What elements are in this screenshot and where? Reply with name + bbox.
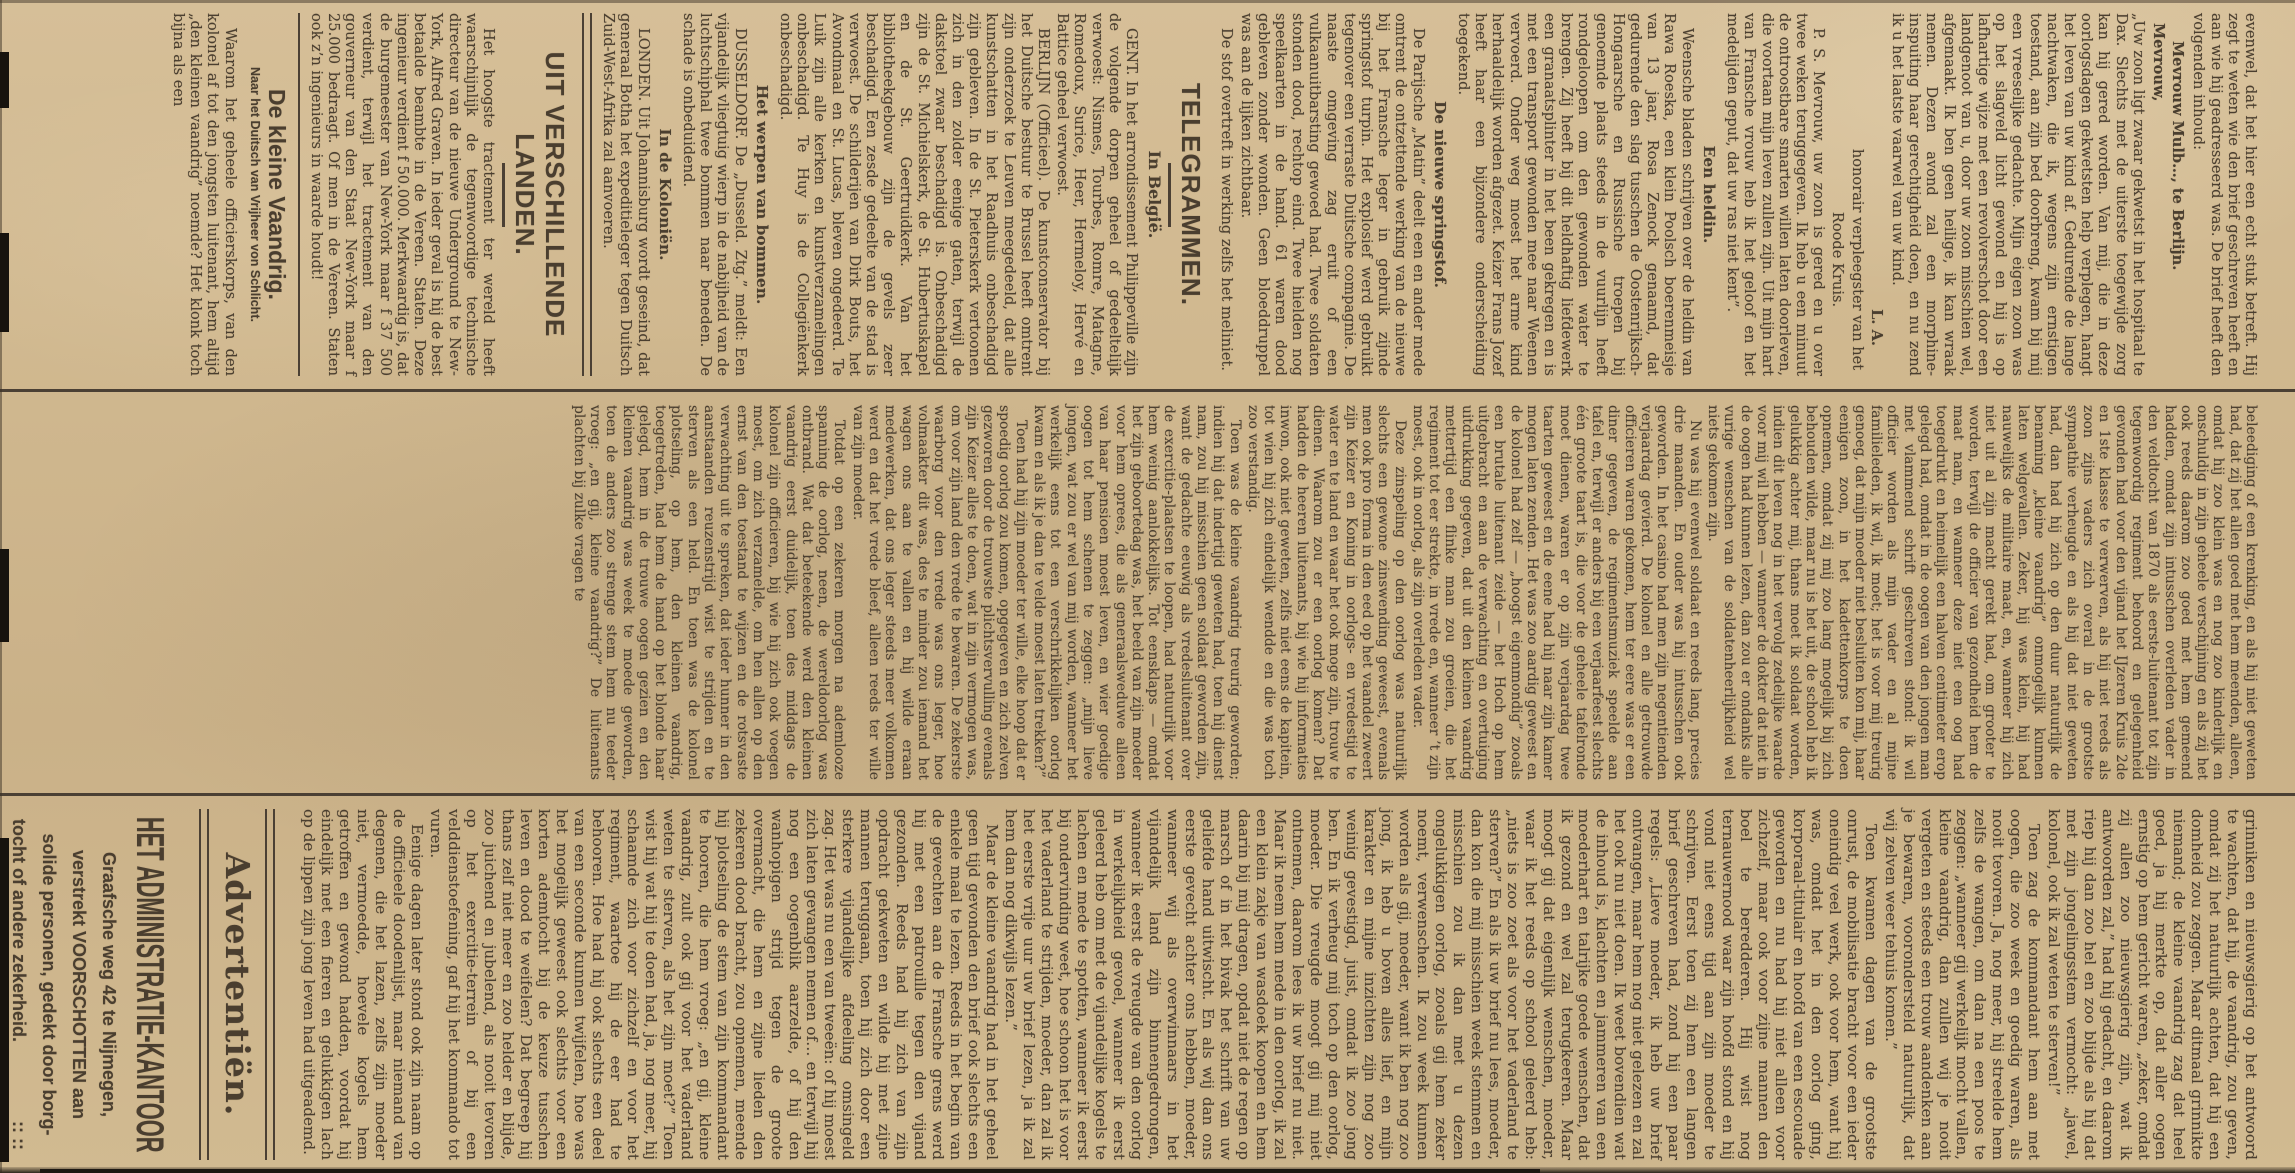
body-paragraph: Maar de kleine vaandrig had in het gehee…	[427, 809, 1000, 1160]
body-paragraph: Waarom het geheele officierskorps, van d…	[170, 13, 239, 376]
scan-edge-mark	[0, 233, 9, 332]
section-headline: TELEGRAMMEN.	[1176, 13, 1206, 376]
body-paragraph: beleediging of een krenking, en als hij …	[1705, 405, 2259, 780]
body-paragraph: Toen was de kleine vaandrig treurig gewo…	[1031, 405, 1243, 780]
ad-line-text: tocht of andere zekerheid.	[7, 819, 31, 1042]
spacer	[183, 809, 191, 1160]
body-paragraph: Toen kwamen dagen van de grootste onrust…	[1002, 809, 1879, 1160]
newspaper-column-1: evenwel, dat het hier een echt stuk betr…	[0, 0, 2295, 389]
item-headline: Het werpen van bommen.	[753, 13, 770, 376]
divider-rule	[298, 13, 300, 376]
scan-edge-mark	[0, 52, 9, 108]
body-paragraph: Het hoogste tractement ter wereld heeft …	[308, 13, 497, 376]
body-paragraph: De stof overtreft in werking zelfs het m…	[1218, 13, 1235, 376]
body-paragraph: Eenige dagen later stond ook zijn naam o…	[299, 809, 424, 1160]
body-paragraph: grinniken en nieuwsgierig op het antwoor…	[2044, 809, 2259, 1160]
letter-address-line: Mevrouw Mulb…, te Berlijn.	[2169, 13, 2186, 376]
body-paragraph: evenwel, dat het hier een echt stuk betr…	[2190, 13, 2259, 376]
spacer	[283, 809, 297, 1160]
body-paragraph: De Parijsche „Matin” deelt een en ander …	[1237, 13, 1426, 376]
letter-salutation: Mevrouw,	[2150, 13, 2167, 376]
ad-line: Graafsche weg 42 te Nijmegen,	[97, 809, 121, 1160]
feuilleton-subhead: Naar het Duitsch van Vrijheer von Schlic…	[247, 13, 262, 376]
feuilleton-headline: De kleine Vaandrig.	[264, 13, 290, 376]
divider-double-rule	[199, 809, 209, 1160]
body-paragraph: P. S. Mevrouw, uw zoon is gered en u ove…	[1724, 13, 1827, 376]
item-headline: Een heldin.	[1700, 13, 1717, 376]
item-headline: In de Koloniën.	[656, 13, 673, 376]
scan-edge-bottom-dark	[40, 1169, 1540, 1173]
region-subhead: In België.	[1146, 13, 1163, 376]
scan-edge-mark	[0, 838, 9, 1162]
body-paragraph: Weensche bladen schrijven over de heldin…	[1455, 13, 1696, 376]
body-paragraph: Totdat op een zekeren morgen na ademlooz…	[570, 405, 847, 780]
body-paragraph: LONDEN. Uit Johannisburg wordt geseind, …	[600, 13, 652, 376]
newspaper-page: evenwel, dat het hier een echt stuk betr…	[0, 0, 2295, 1173]
newspaper-scan: evenwel, dat het hier een echt stuk betr…	[0, 0, 2295, 1173]
ad-line-text: :: ::	[7, 1121, 31, 1150]
ad-title-text: HET ADMINISTRATIE-KANTOOR	[127, 817, 171, 1153]
ad-line: verstrekt VOORSCHOTTEN aan	[67, 809, 91, 1160]
letter-signature-line: Roode Kruis.	[1829, 13, 1846, 376]
body-paragraph: BERLIJN (Officieel). De kunstconservator…	[777, 13, 1052, 376]
divider-double-rule	[265, 809, 275, 1160]
divider-short-rule	[1168, 163, 1171, 227]
ad-line: tocht of andere zekerheid.:: ::	[7, 809, 31, 1160]
item-headline: De nieuwe springstof.	[1431, 13, 1448, 376]
divider-double-rule	[582, 13, 592, 376]
body-paragraph: DUSSELDORF. De „Dusseld. Ztg.” meldt: Ee…	[680, 13, 749, 376]
scan-edge-top	[0, 0, 2295, 3]
divider-short-rule	[502, 163, 505, 227]
body-paragraph: GENT. In het arrondissement Philippevill…	[1054, 13, 1140, 376]
body-paragraph: Nu was hij evenwel soldaat en reeds lang…	[1410, 405, 1703, 780]
ad-title: HET ADMINISTRATIE-KANTOOR	[127, 809, 171, 1160]
letter-signature-line: honorair verpleegster van het	[1848, 13, 1865, 376]
body-paragraph: Deze zinspeling op den oorlog was natuur…	[1245, 405, 1408, 780]
body-paragraph: Toen had hij zijn moeder ter wille, elke…	[849, 405, 1028, 780]
adverts-headline: Advertentiën.	[217, 809, 257, 1160]
newspaper-column-3: grinniken en nieuwsgierig op het antwoor…	[0, 793, 2295, 1173]
letter-signature: L. A.	[1868, 13, 1885, 376]
ad-line: solide personen, gedekt door borg-	[37, 809, 61, 1160]
newspaper-column-2: beleediging of een krenking, en als hij …	[0, 389, 2295, 793]
body-paragraph: „Uw zoon ligt zwaar gekwetst in het hosp…	[1889, 13, 2147, 376]
section-headline: UIT VERSCHILLENDE LANDEN.	[510, 13, 570, 376]
body-paragraph: Toen zag de kommandant hem aan met oogen…	[1881, 809, 2042, 1160]
scan-edge-mark	[0, 549, 9, 642]
